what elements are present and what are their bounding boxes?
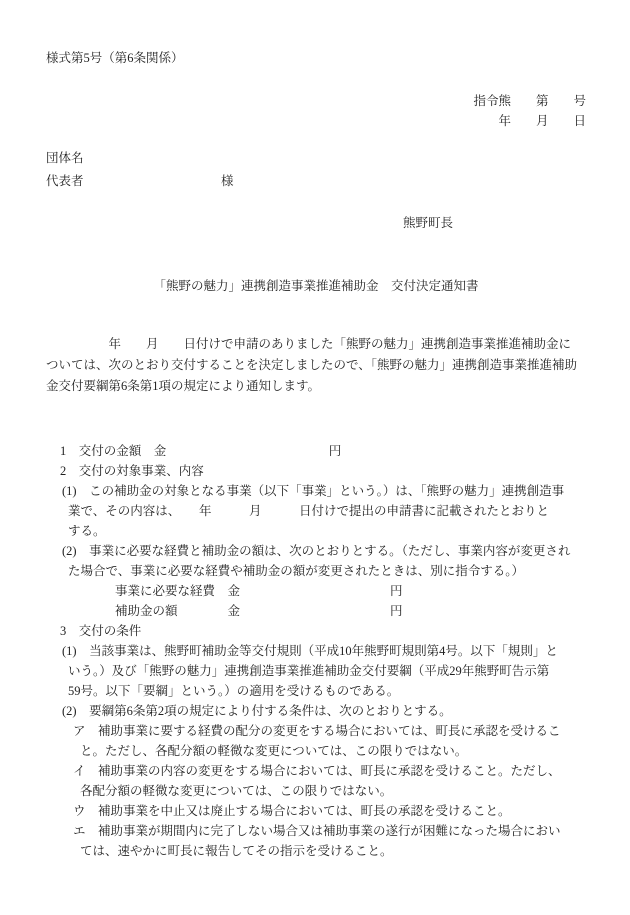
body-line: ア 補助事業に要する経費の配分の変更をする場合においては、町長に承認を受けるこ bbox=[46, 721, 586, 741]
paragraph-line: 年 月 日付けで申請のありました「熊野の魅力」連携創造事業推進補助金に bbox=[46, 334, 586, 355]
body-line: イ 補助事業の内容の変更をする場合においては、町長に承認を受けること。ただし、 bbox=[46, 761, 586, 781]
paragraph-line: ついては、次のとおり交付することを決定しましたので、「熊野の魅力」連携創造事業推… bbox=[46, 355, 586, 376]
body-line: 事業に必要な経費 金 円 bbox=[46, 581, 586, 601]
body-line: (1) この補助金の対象となる事業（以下「事業」という。）は、「熊野の魅力」連携… bbox=[46, 481, 586, 501]
body-line: いう。）及び「熊野の魅力」連携創造事業推進補助金交付要綱（平成29年熊野町告示第 bbox=[46, 661, 586, 681]
form-number-label: 様式第5号（第6条関係） bbox=[46, 48, 586, 68]
body-line: (2) 事業に必要な経費と補助金の額は、次のとおりとする。（ただし、事業内容が変… bbox=[46, 541, 586, 561]
sender-title: 熊野町長 bbox=[403, 213, 586, 233]
body-line: 2 交付の対象事業、内容 bbox=[46, 461, 586, 481]
body-line: (1) 当該事業は、熊野町補助金等交付規則（平成10年熊野町規則第4号。以下「規… bbox=[46, 641, 586, 661]
addressee-block: 団体名 代表者 様 bbox=[46, 148, 586, 191]
body-line: ては、速やかに町長に報告してその指示を受けること。 bbox=[46, 841, 586, 861]
document-number-block: 指令熊 第 号 年 月 日 bbox=[46, 91, 586, 131]
body-items: 1 交付の金額 金 円2 交付の対象事業、内容(1) この補助金の対象となる事業… bbox=[46, 441, 586, 861]
body-line: (2) 要綱第6条第2項の規定により付する条件は、次のとおりとする。 bbox=[46, 701, 586, 721]
paragraph-line: 金交付要綱第6条第1項の規定により通知します。 bbox=[46, 376, 586, 397]
organization-name-label: 団体名 bbox=[46, 148, 586, 168]
body-line: 59号。以下「要綱」という。）の適用を受けるものである。 bbox=[46, 681, 586, 701]
body-line: する。 bbox=[46, 521, 586, 541]
body-paragraph: 年 月 日付けで申請のありました「熊野の魅力」連携創造事業推進補助金については、… bbox=[46, 334, 586, 397]
body-line: ウ 補助事業を中止又は廃止する場合においては、町長の承認を受けること。 bbox=[46, 801, 586, 821]
document-date-line: 年 月 日 bbox=[46, 111, 586, 131]
document-number-line: 指令熊 第 号 bbox=[46, 91, 586, 111]
body-line: 1 交付の金額 金 円 bbox=[46, 441, 586, 461]
body-line: 3 交付の条件 bbox=[46, 621, 586, 641]
body-line: 補助金の額 金 円 bbox=[46, 601, 586, 621]
body-line: た場合で、事業に必要な経費や補助金の額が変更されたときは、別に指令する。） bbox=[46, 561, 586, 581]
document-title: 「熊野の魅力」連携創造事業推進補助金 交付決定通知書 bbox=[46, 276, 586, 296]
body-line: 各配分額の軽微な変更については、この限りではない。 bbox=[46, 781, 586, 801]
body-line: エ 補助事業が期間内に完了しない場合又は補助事業の遂行が困難になった場合におい bbox=[46, 821, 586, 841]
body-line: と。ただし、各配分額の軽微な変更については、この限りではない。 bbox=[46, 741, 586, 761]
body-line: 業で、その内容は、 年 月 日付けで提出の申請書に記載されたとおりと bbox=[46, 501, 586, 521]
document-page: 様式第5号（第6条関係） 指令熊 第 号 年 月 日 団体名 代表者 様 熊野町… bbox=[0, 0, 630, 915]
representative-label: 代表者 様 bbox=[46, 171, 586, 191]
